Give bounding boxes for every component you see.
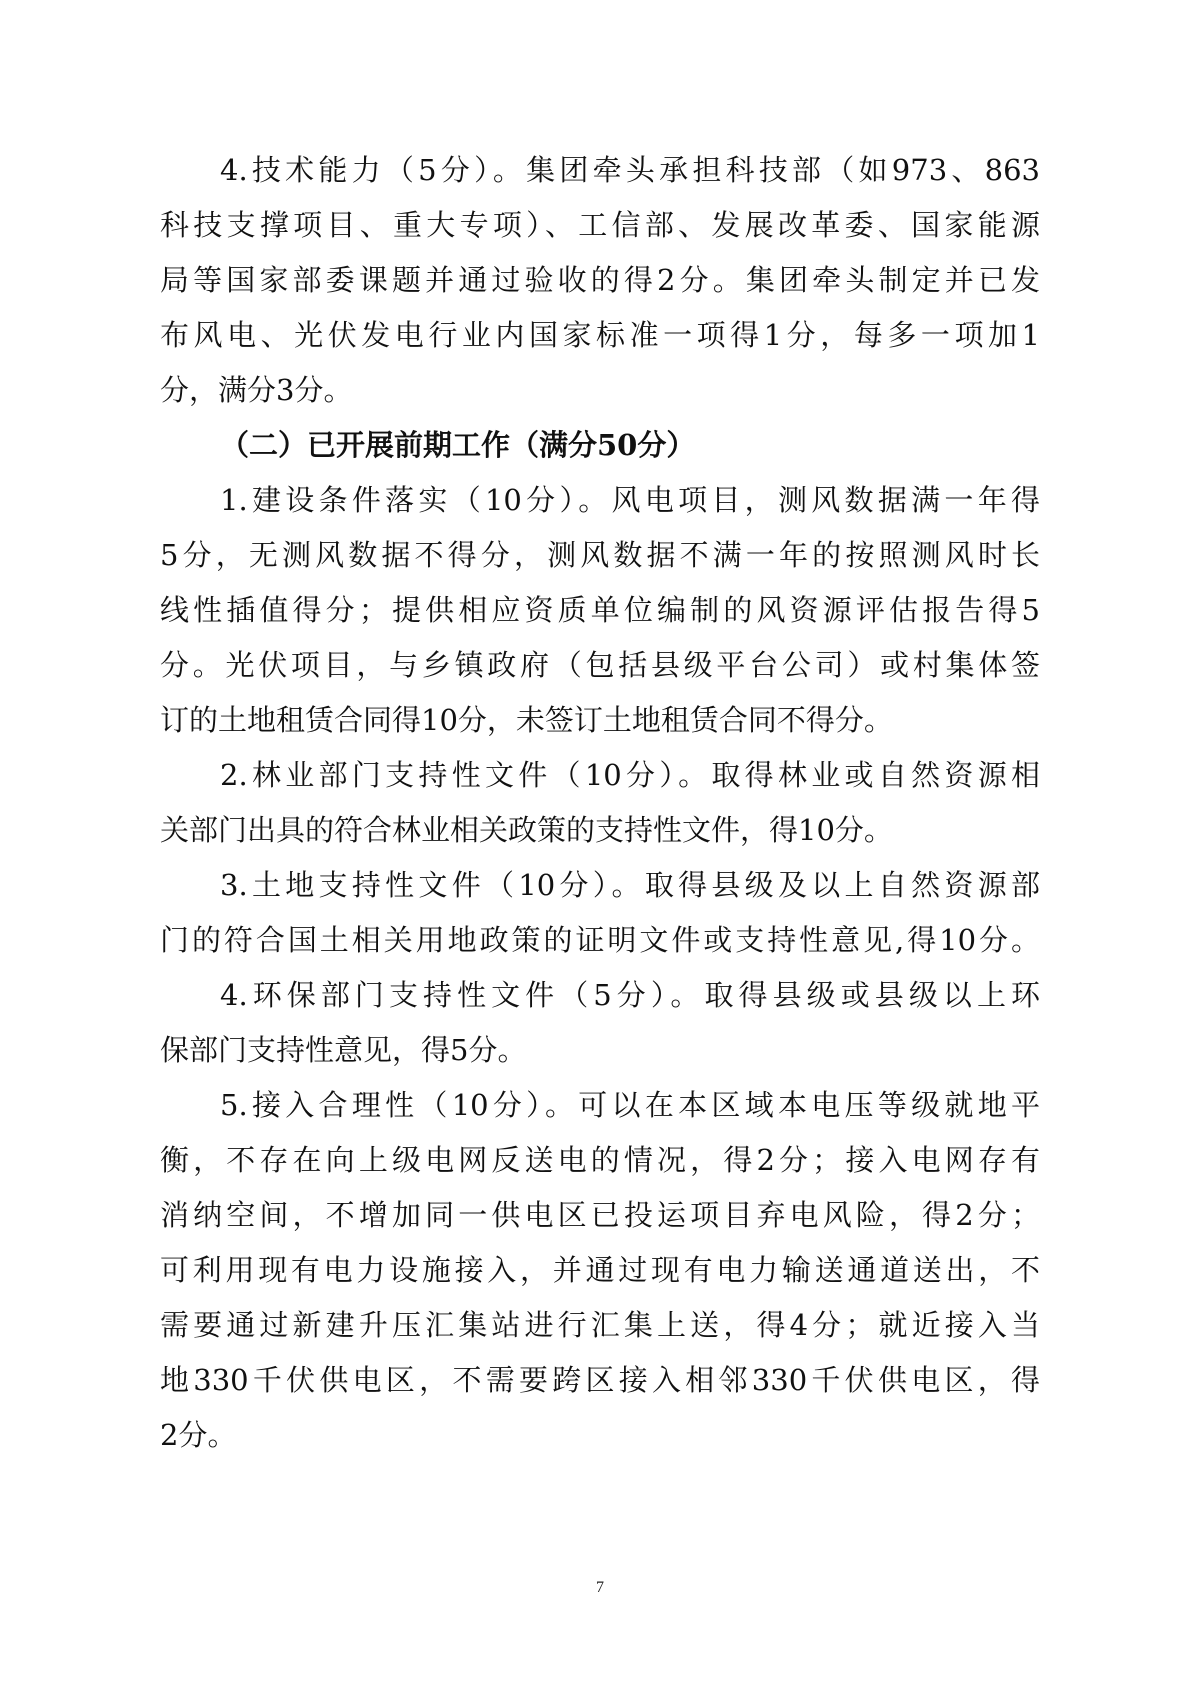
text-line: 衡，不存在向上级电网反送电的情况，得2分；接入电网存有	[160, 1140, 1040, 1180]
text-line: 门的符合国土相关用地政策的证明文件或支持性意见,得10分。	[160, 920, 1040, 960]
text-line: 2分。	[160, 1415, 1040, 1455]
text-line: 保部门支持性意见，得5分。	[160, 1030, 1040, 1070]
section-heading: （二）已开展前期工作（满分50分）	[220, 425, 1040, 465]
text-line: 1.建设条件落实（10分）。风电项目，测风数据满一年得	[220, 480, 1040, 520]
text-line: 3.土地支持性文件（10分）。取得县级及以上自然资源部	[220, 865, 1040, 905]
text-line: 4.技术能力（5分）。集团牵头承担科技部（如973、863	[220, 150, 1040, 190]
text-line: 2.林业部门支持性文件（10分）。取得林业或自然资源相	[220, 755, 1040, 795]
text-line: 分。光伏项目，与乡镇政府（包括县级平台公司）或村集体签	[160, 645, 1040, 685]
text-line: 消纳空间，不增加同一供电区已投运项目弃电风险，得2分；	[160, 1195, 1040, 1235]
text-line: 科技支撑项目、重大专项）、工信部、发展改革委、国家能源	[160, 205, 1040, 245]
text-line: 布风电、光伏发电行业内国家标准一项得1分，每多一项加1	[160, 315, 1040, 355]
text-line: 需要通过新建升压汇集站进行汇集上送，得4分；就近接入当	[160, 1305, 1040, 1345]
text-line: 局等国家部委课题并通过验收的得2分。集团牵头制定并已发	[160, 260, 1040, 300]
text-line: 可利用现有电力设施接入，并通过现有电力输送通道送出，不	[160, 1250, 1040, 1290]
text-line: 线性插值得分；提供相应资质单位编制的风资源评估报告得5	[160, 590, 1040, 630]
text-line: 4.环保部门支持性文件（5分）。取得县级或县级以上环	[220, 975, 1040, 1015]
page-number: 7	[0, 1578, 1200, 1598]
text-line: 订的土地租赁合同得10分，未签订土地租赁合同不得分。	[160, 700, 1040, 740]
text-line: 关部门出具的符合林业相关政策的支持性文件，得10分。	[160, 810, 1040, 850]
text-line: 5分，无测风数据不得分，测风数据不满一年的按照测风时长	[160, 535, 1040, 575]
document-page: 4.技术能力（5分）。集团牵头承担科技部（如973、863科技支撑项目、重大专项…	[0, 0, 1200, 1697]
text-line: 5.接入合理性（10分）。可以在本区域本电压等级就地平	[220, 1085, 1040, 1125]
text-line: 地330千伏供电区，不需要跨区接入相邻330千伏供电区，得	[160, 1360, 1040, 1400]
text-line: 分，满分3分。	[160, 370, 1040, 410]
